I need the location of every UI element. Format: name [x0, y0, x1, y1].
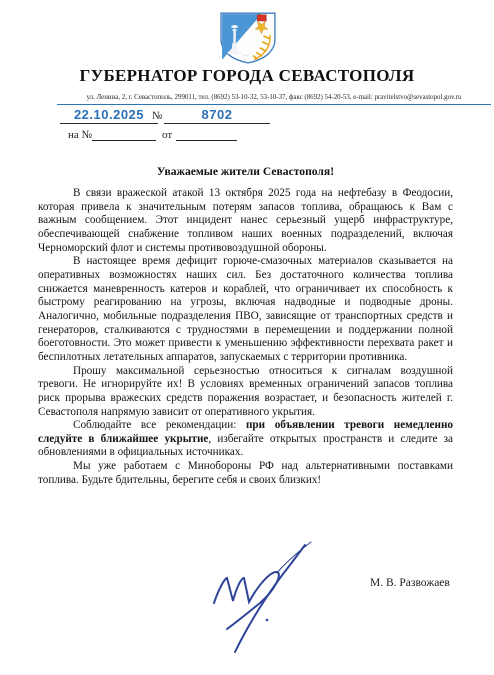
letter-body: В связи вражеской атакой 13 октября 2025…: [38, 187, 453, 487]
sevastopol-coat-of-arms-icon: [219, 12, 277, 69]
signature: [200, 541, 315, 668]
letter-page: ГУБЕРНАТОР ГОРОДА СЕВАСТОПОЛЯ ул. Ленина…: [0, 0, 494, 675]
outgoing-date-stamp: 22.10.2025: [60, 107, 158, 124]
number-sign: №: [152, 110, 163, 122]
org-title: ГУБЕРНАТОР ГОРОДА СЕВАСТОПОЛЯ: [0, 66, 494, 86]
paragraph-4-prefix: Соблюдайте все рекомендации:: [73, 419, 246, 431]
reply-number-label: на №: [68, 129, 92, 141]
paragraph-4: Соблюдайте все рекомендации: при объявле…: [38, 419, 453, 460]
signer-name: М. В. Развожаев: [370, 577, 470, 589]
outgoing-number-stamp: 8702: [164, 107, 270, 124]
reply-reference-row: на №от: [68, 128, 237, 141]
reply-date-blank-line: [176, 128, 237, 141]
letterhead-address-line: ул. Ленина, 2, г. Севастополь, 299011, т…: [57, 94, 491, 105]
reply-from-label: от: [162, 129, 172, 141]
paragraph-3: Прошу максимальной серьезностью относить…: [38, 365, 453, 420]
paragraph-2: В настоящее время дефицит горюче-смазочн…: [38, 255, 453, 364]
paragraph-1: В связи вражеской атакой 13 октября 2025…: [38, 187, 453, 255]
salutation: Уважаемые жители Севастополя!: [38, 165, 453, 178]
reply-number-blank-line: [92, 128, 156, 141]
paragraph-5: Мы уже работаем с Минобороны РФ над альт…: [38, 460, 453, 487]
